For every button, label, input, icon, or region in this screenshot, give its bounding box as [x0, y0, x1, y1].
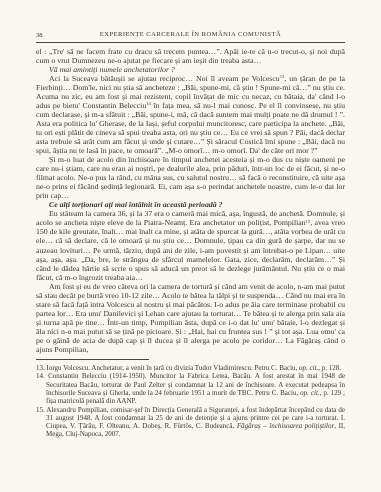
- italic-text: op. cit.: [299, 364, 318, 372]
- paragraph: Aci la Suceava bătăușii se ajutau recipr…: [36, 74, 345, 155]
- footnote-marker: 14: [146, 101, 151, 106]
- page-header: 38 EXPERIENȚE CARCERALE ÎN ROMÂNIA COMUN…: [36, 31, 345, 39]
- footnote: 15. Alexandru Pompilian, comisar-șef în …: [36, 406, 345, 439]
- running-title: EXPERIENȚE CARCERALE ÎN ROMÂNIA COMUNIST…: [36, 31, 345, 39]
- footnote-number: 13.: [36, 364, 47, 372]
- paragraph: Am fost și eu de vreo câteva ori la came…: [36, 282, 345, 354]
- footnote: 13. Iorgu Volcescu. Anchetator, a venit …: [36, 364, 345, 372]
- italic-text: op. cit.: [300, 389, 319, 397]
- footnote-marker: 13: [280, 74, 285, 79]
- footnotes-list: 13. Iorgu Volcescu. Anchetator, a venit …: [36, 364, 345, 439]
- footnote: 14. Constantin Belecciu (1914-1950). Mun…: [36, 372, 345, 405]
- body-text: el : „Tre' să ne facem frate cu dracu să…: [36, 47, 345, 355]
- paragraph: el : „Tre' să ne facem frate cu dracu să…: [36, 47, 345, 65]
- interview-question: Ce alți torționari ați mai întâlnit în a…: [36, 200, 345, 209]
- paragraph: Eu stăteam la camera 36, și la 37 era o …: [36, 209, 345, 281]
- footnote-number: 15.: [36, 406, 46, 414]
- page-number: 38: [36, 32, 43, 40]
- header-rule: [36, 42, 345, 43]
- footnote-separator: [36, 359, 149, 360]
- book-page: 38 EXPERIENȚE CARCERALE ÎN ROMÂNIA COMUN…: [0, 0, 381, 492]
- paragraph: Și m-o luat de acolo din închisoare în t…: [36, 155, 345, 200]
- italic-text: Făgăraș – închisoarea polițiștilor: [237, 422, 334, 430]
- footnote-marker: 15: [306, 219, 311, 224]
- footnote-number: 14.: [36, 372, 48, 380]
- interview-question: Vă mai amintiți numele anchetatorilor ?: [36, 65, 345, 74]
